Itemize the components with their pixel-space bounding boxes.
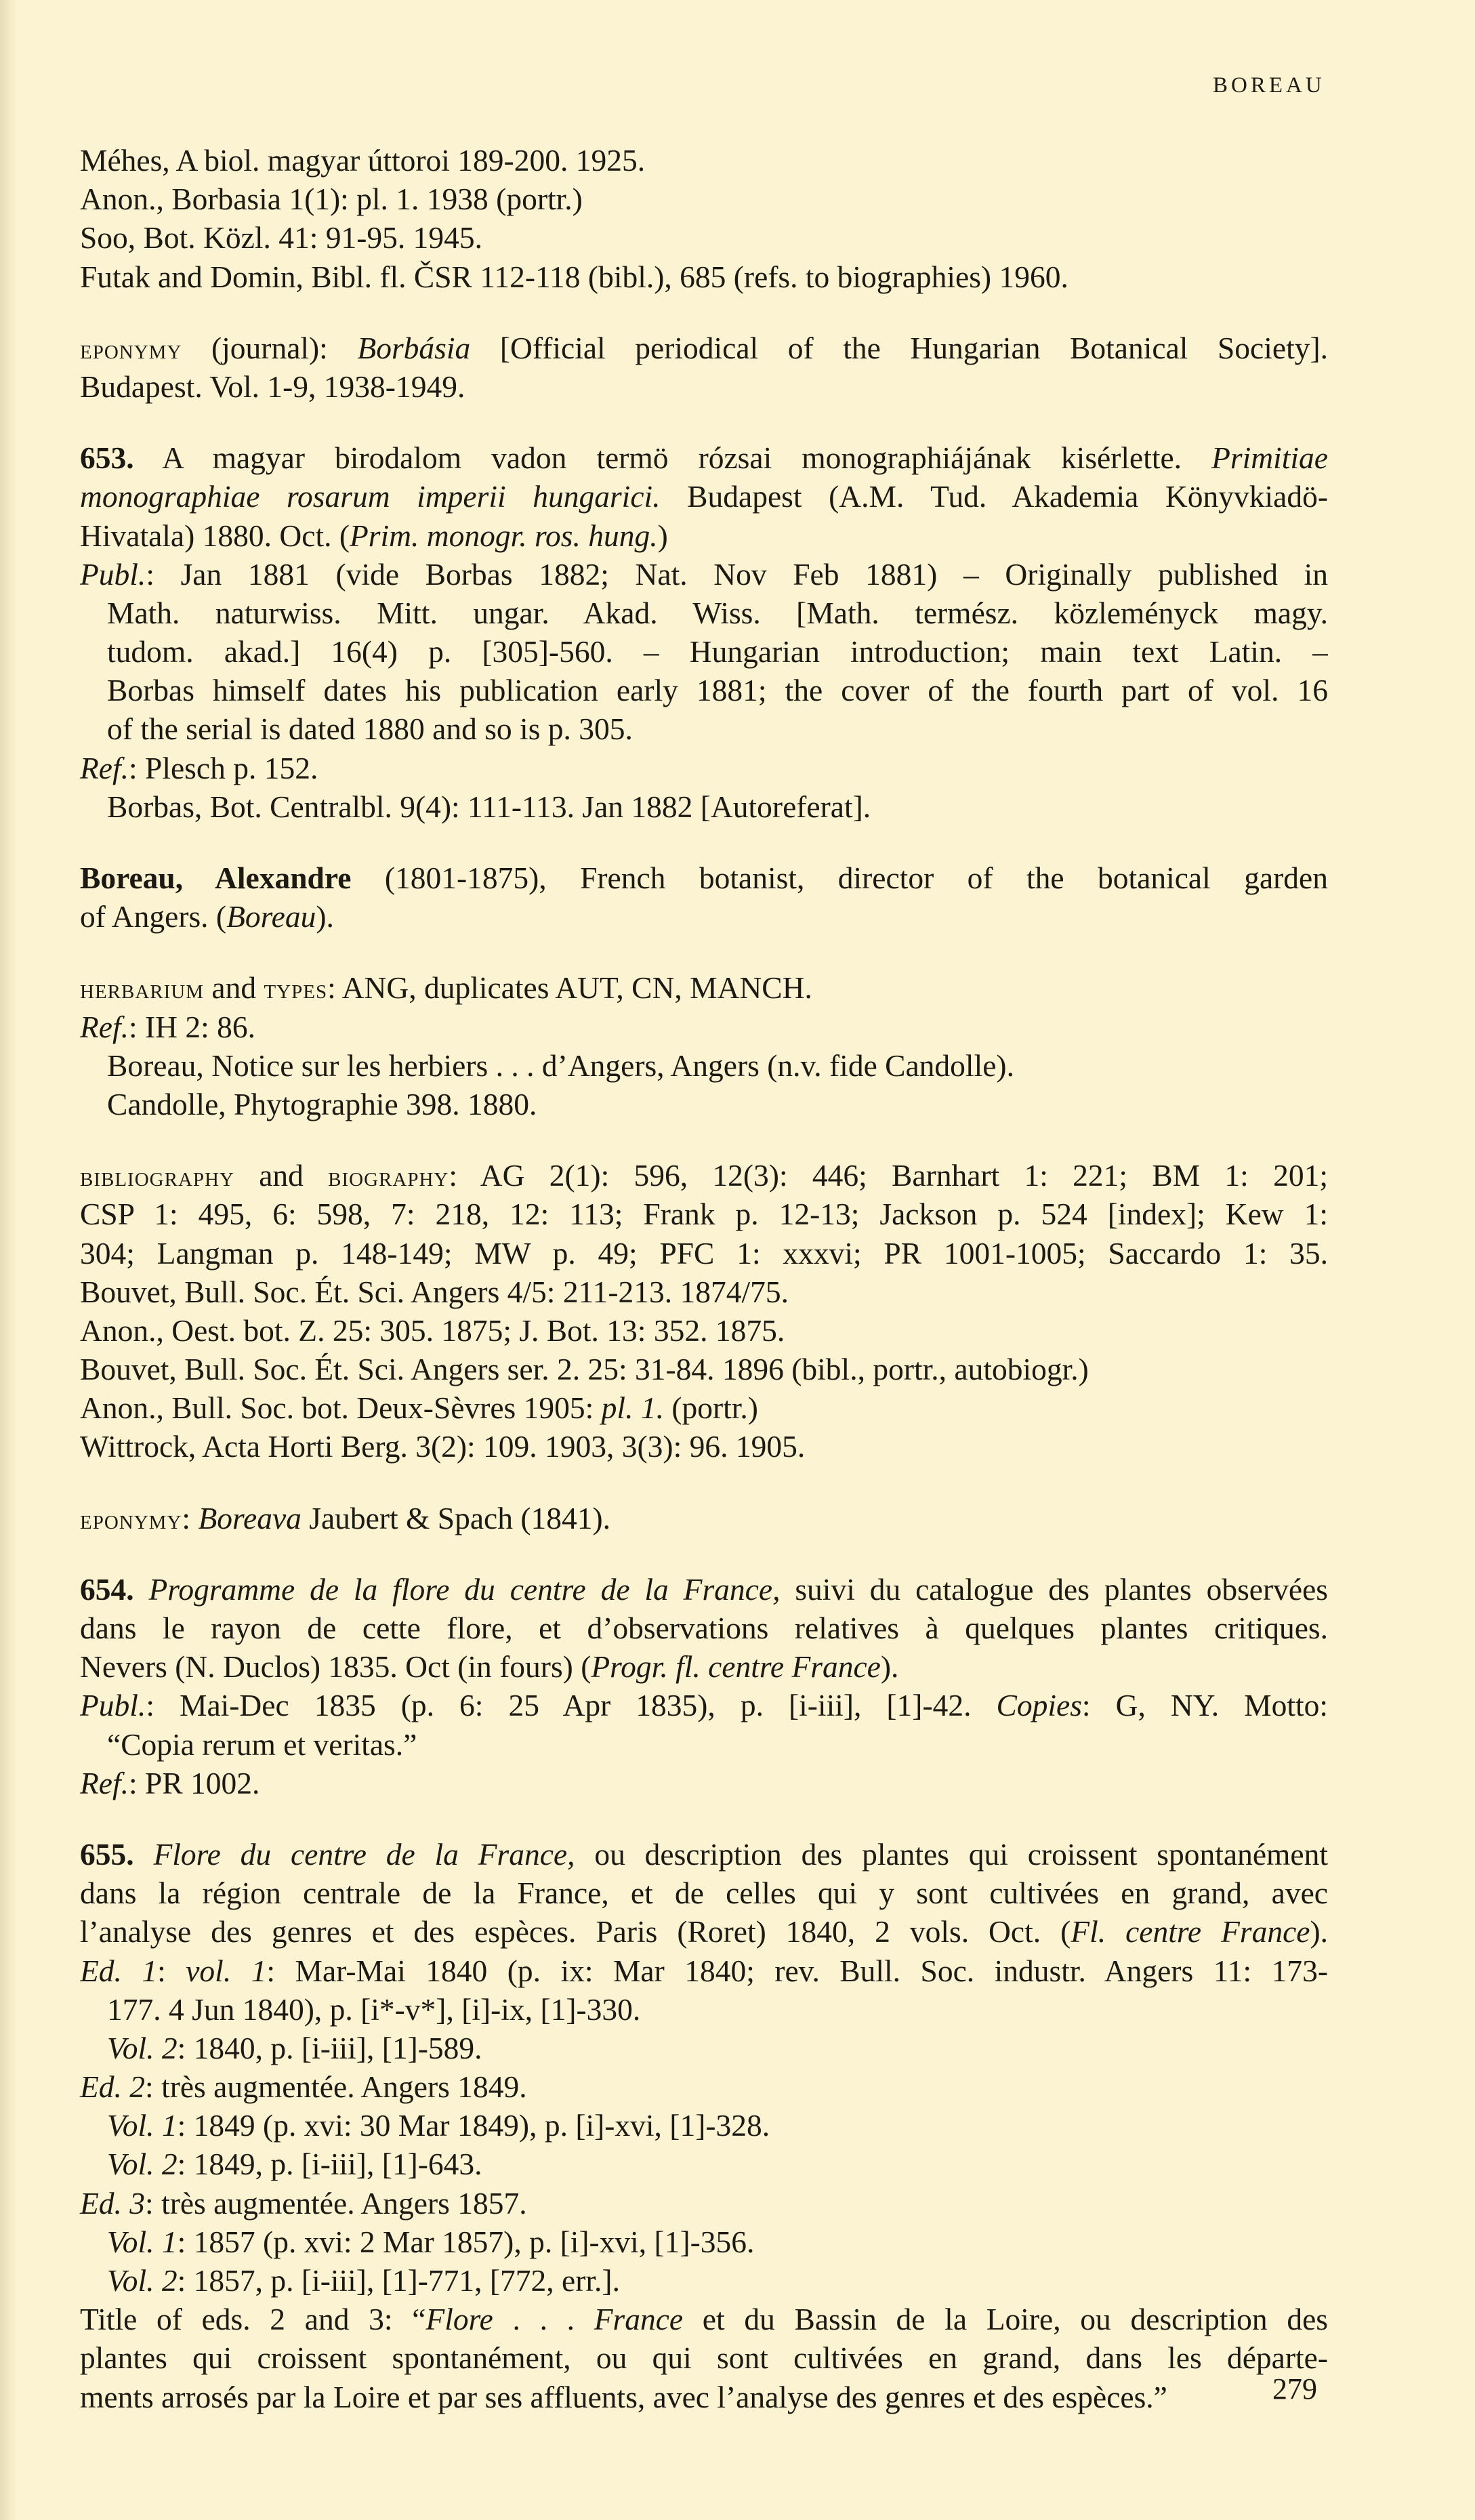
page-number: 279 [1272, 2372, 1317, 2406]
herbarium-section: HERBARIUM and TYPES: ANG, duplicates AUT… [80, 968, 1328, 1123]
journal-title: Borbásia [357, 331, 470, 365]
reference-line: Soo, Bot. Közl. 41: 91-95. 1945. [80, 218, 1328, 257]
title-note: Title of eds. 2 and 3: “Flore . . . Fran… [80, 2300, 1328, 2338]
entry-655: 655. Flore du centre de la France, ou de… [80, 1835, 1328, 2416]
reference-line: Futak and Domin, Bibl. fl. ČSR 112-118 (… [80, 257, 1328, 296]
bibliography-section: BIBLIOGRAPHY and BIOGRAPHY: AG 2(1): 596… [80, 1156, 1328, 1466]
reference-note: Ref.: Plesch p. 152. [80, 749, 1328, 787]
reference-line: Méhes, A biol. magyar úttoroi 189-200. 1… [80, 141, 1328, 180]
eponymy-journal-line: EPONYMY (journal): Borbásia [Official pe… [80, 329, 1328, 367]
author-abbreviation: Boreau [226, 899, 316, 934]
entry-654: 654. Programme de la flore du centre de … [80, 1570, 1328, 1802]
entry-653: 653. A magyar birodalom vadon termö rózs… [80, 438, 1328, 826]
running-head: BOREAU [1213, 73, 1325, 98]
author-entry: Boreau, Alexandre (1801-1875), French bo… [80, 859, 1328, 936]
author-name: Boreau, Alexandre [80, 861, 351, 895]
entry-number: 653. [80, 440, 134, 475]
edition-2: Ed. 2: très augmentée. Angers 1849. [80, 2067, 1328, 2106]
page-gutter-edge [0, 0, 18, 2520]
section-label: EPONYMY [80, 334, 182, 365]
eponymy-journal-line2: Budapest. Vol. 1-9, 1938-1949. [80, 367, 1328, 406]
entry-number: 655. [80, 1837, 134, 1872]
eponymy-genus-line: EPONYMY: Boreava Jaubert & Spach (1841). [80, 1499, 1328, 1537]
genus-name: Boreava [198, 1501, 301, 1535]
edition-1: Ed. 1: vol. 1: Mar-Mai 1840 (p. ix: Mar … [80, 1951, 1328, 1990]
reference-line: Anon., Borbasia 1(1): pl. 1. 1938 (portr… [80, 180, 1328, 218]
entry-number: 654. [80, 1572, 134, 1607]
edition-3: Ed. 3: très augmentée. Angers 1857. [80, 2184, 1328, 2223]
page-body: Méhes, A biol. magyar úttoroi 189-200. 1… [80, 141, 1328, 2416]
publication-note: Publ.: Jan 1881 (vide Borbas 1882; Nat. … [80, 555, 1328, 594]
